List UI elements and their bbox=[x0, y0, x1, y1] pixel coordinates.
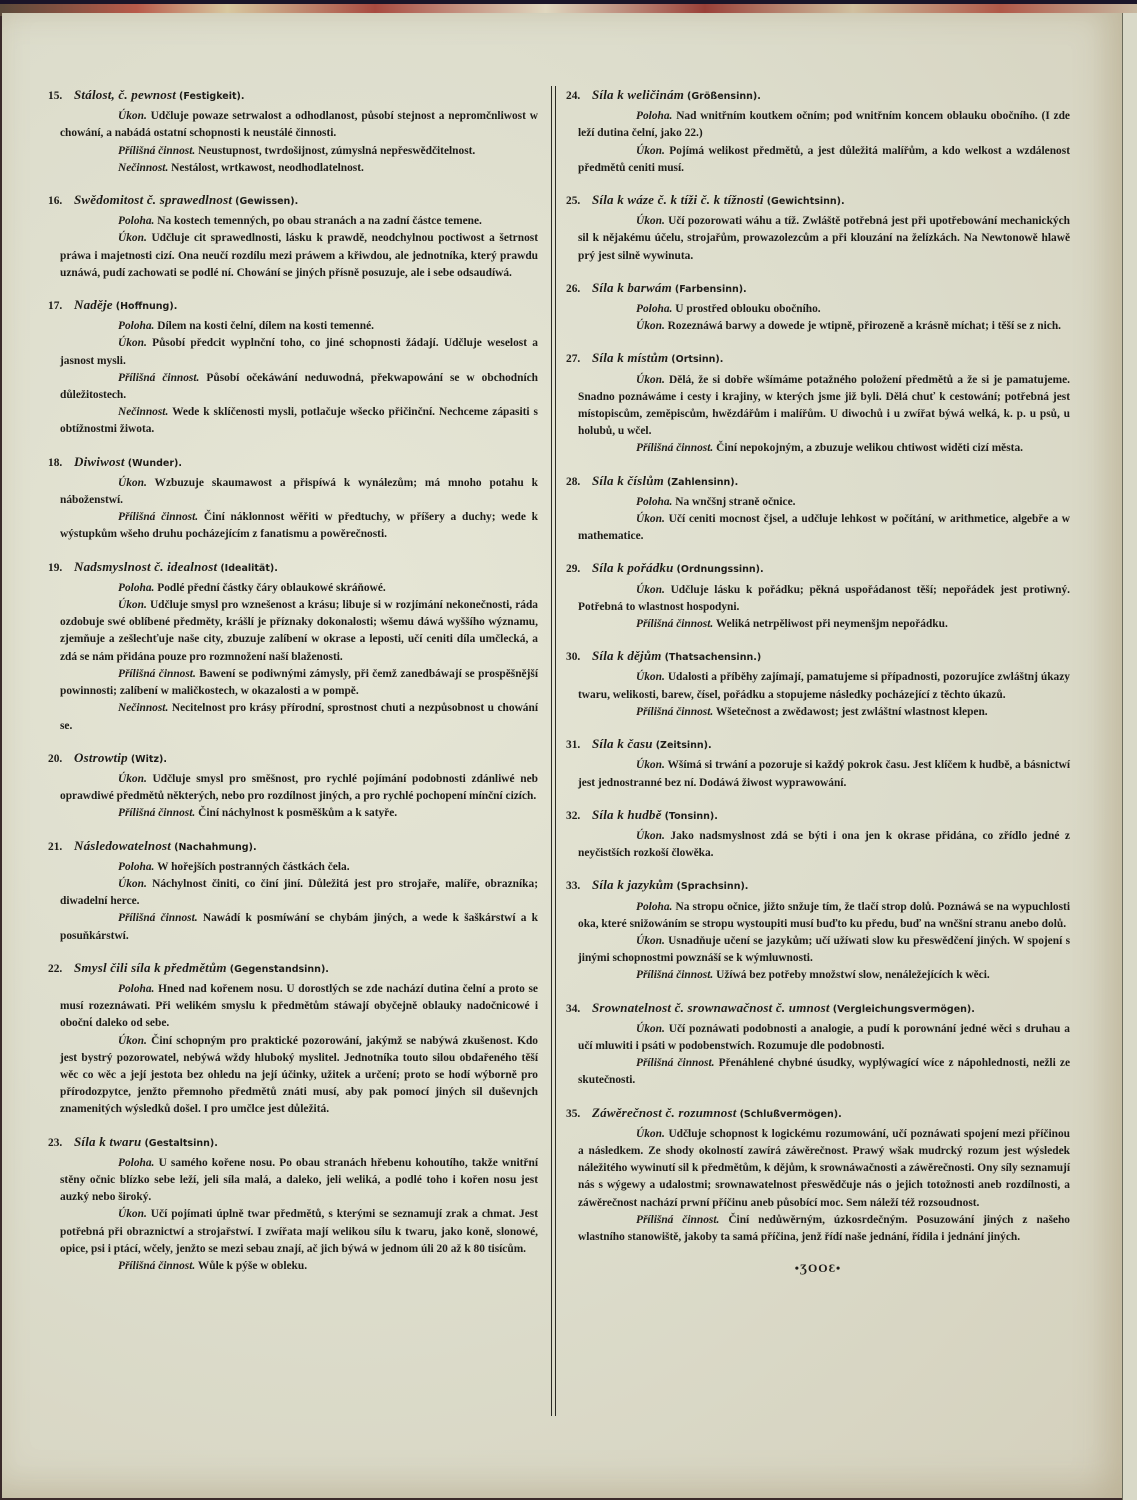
entry-heading: 20.Ostrowtip(Witz). bbox=[48, 749, 538, 768]
entry-number: 17. bbox=[48, 298, 74, 315]
entry-paragraph: Poloha. Dílem na kosti čelní, dílem na k… bbox=[48, 318, 538, 335]
paragraph-label: Přílišná činnost. bbox=[118, 1260, 195, 1272]
paragraph-text: W hořejších postranných částkách čela. bbox=[157, 861, 349, 873]
entry-paragraph: Úkon. Rozeznáwá barwy a dowede je wtipně… bbox=[566, 318, 1070, 335]
faculty-entry: 18.Diwiwost(Wunder). Úkon. Wzbuzuje skau… bbox=[48, 453, 538, 544]
faculty-entry: 22.Smysl čili síla k předmětům(Gegenstan… bbox=[48, 959, 538, 1119]
entry-heading: 29.Síla k pořádku(Ordnungssinn). bbox=[566, 559, 1070, 578]
paragraph-label: Nečinnost. bbox=[118, 702, 168, 714]
paragraph-label: Poloha. bbox=[118, 861, 154, 873]
entry-number: 18. bbox=[48, 455, 74, 472]
entry-german-term: (Witz). bbox=[131, 754, 167, 765]
paragraph-label: Úkon. bbox=[118, 110, 147, 122]
entry-title: Diwiwost bbox=[74, 454, 125, 469]
entry-paragraph: Přílišná činnost. Činí náklonnost wěřiti… bbox=[48, 509, 538, 543]
paragraph-label: Úkon. bbox=[118, 878, 147, 890]
paragraph-text: Nestálost, wrtkawost, neodhodlatelnost. bbox=[171, 162, 364, 174]
entry-paragraph: Přílišná činnost. Činí nedůwěrným, úzkos… bbox=[566, 1212, 1070, 1246]
entry-number: 33. bbox=[566, 878, 592, 895]
entry-title: Síla k wáze č. k tíži č. k tížnosti bbox=[592, 192, 764, 207]
entry-german-term: (Gegenstandsinn). bbox=[230, 964, 329, 975]
paragraph-label: Přílišná činnost. bbox=[118, 807, 195, 819]
faculty-entry: 23.Síla k twaru(Gestaltsinn). Poloha. U … bbox=[48, 1133, 538, 1276]
paragraph-label: Úkon. bbox=[636, 513, 665, 525]
paragraph-label: Poloha. bbox=[118, 983, 154, 995]
entry-paragraph: Nečinnost. Nestálost, wrtkawost, neodhod… bbox=[48, 160, 538, 177]
entry-heading: 24.Síla k weličinám(Größensinn). bbox=[566, 86, 1070, 105]
entry-title: Ostrowtip bbox=[74, 750, 128, 765]
entry-paragraph: Úkon. Udalosti a příběhy zajímají, pamat… bbox=[566, 669, 1070, 703]
entry-title: Síla k twaru bbox=[74, 1134, 141, 1149]
entry-title: Síla k času bbox=[592, 736, 653, 751]
paragraph-label: Přílišná činnost. bbox=[636, 706, 713, 718]
entry-number: 21. bbox=[48, 839, 74, 856]
entry-paragraph: Přílišná činnost. Wůle k pýše w obleku. bbox=[48, 1258, 538, 1275]
entry-title: Síla k jazykům bbox=[592, 877, 674, 892]
entry-number: 31. bbox=[566, 737, 592, 754]
entry-paragraph: Poloha. Hned nad kořenem nosu. U dorostl… bbox=[48, 981, 538, 1033]
faculty-entry: 27.Síla k místům(Ortsinn). Úkon. Dělá, ž… bbox=[566, 349, 1070, 457]
paragraph-label: Úkon. bbox=[636, 374, 665, 386]
paragraph-label: Přílišná činnost. bbox=[636, 618, 713, 630]
faculty-entry: 15.Stálost, č. pewnost(Festigkeit). Úkon… bbox=[48, 86, 538, 177]
entry-number: 15. bbox=[48, 88, 74, 105]
paragraph-label: Přílišná činnost. bbox=[118, 668, 196, 680]
paragraph-label: Úkon. bbox=[636, 584, 665, 596]
entry-title: Stálost, č. pewnost bbox=[74, 87, 176, 102]
column-divider bbox=[551, 86, 556, 1416]
entry-paragraph: Úkon. Udčluje cit sprawedlnosti, lásku k… bbox=[48, 230, 538, 282]
paragraph-label: Přílišná činnost. bbox=[636, 442, 713, 454]
entry-paragraph: Přílišná činnost. Wšetečnost a zwědawost… bbox=[566, 704, 1070, 721]
paragraph-label: Poloha. bbox=[636, 110, 672, 122]
entry-paragraph: Nečinnost. Wede k sklíčenosti mysli, pot… bbox=[48, 404, 538, 438]
entry-paragraph: Úkon. Dělá, že si dobře wšímáme potažnéh… bbox=[566, 372, 1070, 441]
entry-title: Síla k místům bbox=[592, 350, 668, 365]
entry-german-term: (Gewichtsinn). bbox=[767, 196, 845, 207]
paragraph-label: Přílišná činnost. bbox=[636, 1214, 719, 1226]
entry-number: 23. bbox=[48, 1135, 74, 1152]
paragraph-text: Wšetečnost a zwědawost; jest zwláštní wl… bbox=[716, 706, 988, 718]
entry-german-term: (Schlußvermögen). bbox=[740, 1109, 842, 1120]
paragraph-label: Poloha. bbox=[118, 582, 154, 594]
entry-paragraph: Přílišná činnost. Neustupnost, twrdošijn… bbox=[48, 143, 538, 160]
entry-heading: 17.Naděje(Hoffnung). bbox=[48, 296, 538, 315]
paragraph-label: Úkon. bbox=[636, 145, 665, 157]
entry-heading: 26.Síla k barwám(Farbensinn). bbox=[566, 279, 1070, 298]
paragraph-label: Poloha. bbox=[118, 1157, 154, 1169]
paragraph-label: Úkon. bbox=[636, 1023, 665, 1035]
entry-title: Následowatelnost bbox=[74, 838, 171, 853]
paragraph-text: Wůle k pýše w obleku. bbox=[198, 1260, 307, 1272]
paragraph-label: Poloha. bbox=[636, 303, 672, 315]
entry-german-term: (Tonsinn). bbox=[665, 811, 718, 822]
entry-title: Smysl čili síla k předmětům bbox=[74, 960, 227, 975]
entry-german-term: (Nachahmung). bbox=[174, 842, 256, 853]
entry-paragraph: Úkon. Působí předcit wyplnční toho, co j… bbox=[48, 335, 538, 369]
paragraph-label: Poloha. bbox=[636, 901, 672, 913]
entry-number: 26. bbox=[566, 281, 592, 298]
faculty-entry: 19.Nadsmyslnost č. idealnost(Idealität).… bbox=[48, 558, 538, 735]
entry-paragraph: Úkon. Učí poznáwati podobnosti a analogi… bbox=[566, 1021, 1070, 1055]
entry-german-term: (Thatsachensinn.) bbox=[665, 652, 762, 663]
paragraph-label: Přílišná činnost. bbox=[636, 1057, 715, 1069]
entry-heading: 30.Síla k dějům(Thatsachensinn.) bbox=[566, 647, 1070, 666]
entry-heading: 32.Síla k hudbě(Tonsinn). bbox=[566, 806, 1070, 825]
entry-title: Síla k pořádku bbox=[592, 560, 674, 575]
entry-paragraph: Poloha. Podlé přední částky čáry oblauko… bbox=[48, 580, 538, 597]
entry-german-term: (Gestaltsinn). bbox=[144, 1138, 217, 1149]
faculty-entry: 26.Síla k barwám(Farbensinn). Poloha. U … bbox=[566, 279, 1070, 336]
faculty-entry: 17.Naděje(Hoffnung). Poloha. Dílem na ko… bbox=[48, 296, 538, 439]
paragraph-label: Úkon. bbox=[636, 830, 665, 842]
entry-german-term: (Sprachsinn). bbox=[677, 881, 749, 892]
paragraph-text: Na wnčšnj straně očnice. bbox=[675, 496, 795, 508]
entry-paragraph: Přílišná činnost. Weliká netrpěliwost př… bbox=[566, 616, 1070, 633]
faculty-entry: 16.Swědomitost č. sprawedlnost(Gewissen)… bbox=[48, 191, 538, 282]
entry-title: Síla k weličinám bbox=[592, 87, 684, 102]
entry-paragraph: Poloha. Nad wnitřním koutkem očním; pod … bbox=[566, 108, 1070, 142]
entry-title: Síla k barwám bbox=[592, 280, 672, 295]
entry-paragraph: Úkon. Udčluje powaze setrwalost a odhodl… bbox=[48, 108, 538, 142]
paragraph-label: Úkon. bbox=[636, 320, 665, 332]
paragraph-label: Poloha. bbox=[636, 496, 672, 508]
entry-paragraph: Přílišná činnost. Užíwá bez potřeby množ… bbox=[566, 967, 1070, 984]
entry-german-term: (Gewissen). bbox=[235, 196, 298, 207]
entry-german-term: (Ortsinn). bbox=[671, 354, 723, 365]
paragraph-label: Přílišná činnost. bbox=[636, 969, 713, 981]
paragraph-label: Úkon. bbox=[118, 337, 147, 349]
entry-paragraph: Úkon. Učí ceniti mocnost čjsel, a udčluj… bbox=[566, 511, 1070, 545]
entry-german-term: (Hoffnung). bbox=[116, 301, 178, 312]
entry-german-term: (Idealität). bbox=[220, 563, 278, 574]
entry-german-term: (Zeitsinn). bbox=[656, 740, 712, 751]
faculty-entry: 20.Ostrowtip(Witz). Úkon. Udčluje smysl … bbox=[48, 749, 538, 823]
entry-paragraph: Úkon. Wzbuzuje skaumawost a přispíwá k w… bbox=[48, 475, 538, 509]
entry-heading: 19.Nadsmyslnost č. idealnost(Idealität). bbox=[48, 558, 538, 577]
paragraph-label: Úkon. bbox=[118, 1035, 147, 1047]
end-ornament: •ƷOOƐ• bbox=[566, 1260, 1070, 1277]
entry-heading: 16.Swědomitost č. sprawedlnost(Gewissen)… bbox=[48, 191, 538, 210]
entry-paragraph: Úkon. Udčluje lásku k pořádku; pěkná usp… bbox=[566, 582, 1070, 616]
entry-number: 32. bbox=[566, 808, 592, 825]
entry-title: Srownatelnost č. srownawačnost č. umnost bbox=[592, 1000, 830, 1015]
faculty-entry: 34.Srownatelnost č. srownawačnost č. umn… bbox=[566, 999, 1070, 1090]
entry-german-term: (Wunder). bbox=[128, 458, 182, 469]
entry-heading: 27.Síla k místům(Ortsinn). bbox=[566, 349, 1070, 368]
entry-number: 27. bbox=[566, 351, 592, 368]
paragraph-label: Úkon. bbox=[636, 671, 665, 683]
entry-paragraph: Přílišná činnost. Působí očekáwání neduw… bbox=[48, 370, 538, 404]
paragraph-label: Nečinnost. bbox=[118, 162, 168, 174]
entry-number: 24. bbox=[566, 88, 592, 105]
entry-heading: 25.Síla k wáze č. k tíži č. k tížnosti(G… bbox=[566, 191, 1070, 210]
paragraph-label: Úkon. bbox=[118, 477, 147, 489]
entry-paragraph: Přílišná činnost. Přenáhlené chybné úsud… bbox=[566, 1055, 1070, 1089]
left-column: 15.Stálost, č. pewnost(Festigkeit). Úkon… bbox=[48, 86, 538, 1289]
paragraph-label: Úkon. bbox=[636, 935, 665, 947]
entry-heading: 23.Síla k twaru(Gestaltsinn). bbox=[48, 1133, 538, 1152]
paragraph-label: Úkon. bbox=[118, 599, 147, 611]
paragraph-text: Činí nepokojným, a zbuzuje welikou chtiw… bbox=[716, 442, 1023, 454]
paragraph-text: Neustupnost, twrdošijnost, zúmyslná nepř… bbox=[198, 145, 475, 157]
entry-paragraph: Poloha. Na kostech temenných, po obau st… bbox=[48, 213, 538, 230]
entry-heading: 15.Stálost, č. pewnost(Festigkeit). bbox=[48, 86, 538, 105]
paragraph-text: U prostřed oblouku obočního. bbox=[675, 303, 820, 315]
entry-paragraph: Poloha. W hořejších postranných částkách… bbox=[48, 859, 538, 876]
entry-paragraph: Úkon. Pojímá welikost předmětů, a jest d… bbox=[566, 143, 1070, 177]
paragraph-label: Úkon. bbox=[636, 215, 665, 227]
entry-heading: 34.Srownatelnost č. srownawačnost č. umn… bbox=[566, 999, 1070, 1018]
entry-german-term: (Größensinn). bbox=[687, 91, 761, 102]
faculty-entry: 31.Síla k času(Zeitsinn). Úkon. Wšímá si… bbox=[566, 735, 1070, 792]
faculty-entry: 33.Síla k jazykům(Sprachsinn). Poloha. N… bbox=[566, 876, 1070, 984]
entry-title: Nadsmyslnost č. idealnost bbox=[74, 559, 217, 574]
entry-heading: 35.Záwěrečnost č. rozumnost(Schlußvermög… bbox=[566, 1104, 1070, 1123]
entry-paragraph: Úkon. Udčluje schopnost k logickému rozu… bbox=[566, 1126, 1070, 1212]
paragraph-text: Na kostech temenných, po obau stranách a… bbox=[157, 215, 482, 227]
entry-heading: 18.Diwiwost(Wunder). bbox=[48, 453, 538, 472]
entry-paragraph: Úkon. Usnadňuje učení se jazykům; učí už… bbox=[566, 933, 1070, 967]
entry-title: Síla k dějům bbox=[592, 648, 662, 663]
paragraph-label: Přílišná činnost. bbox=[118, 372, 199, 384]
faculty-entry: 24.Síla k weličinám(Größensinn). Poloha.… bbox=[566, 86, 1070, 177]
entry-number: 28. bbox=[566, 474, 592, 491]
entry-paragraph: Poloha. U samého kořene nosu. Po obau st… bbox=[48, 1155, 538, 1207]
entry-title: Záwěrečnost č. rozumnost bbox=[592, 1105, 737, 1120]
page-edge bbox=[1122, 13, 1137, 1500]
entry-title: Síla k číslům bbox=[592, 473, 664, 488]
entry-number: 19. bbox=[48, 560, 74, 577]
entry-heading: 33.Síla k jazykům(Sprachsinn). bbox=[566, 876, 1070, 895]
entry-heading: 21.Následowatelnost(Nachahmung). bbox=[48, 837, 538, 856]
paragraph-label: Poloha. bbox=[118, 320, 154, 332]
paragraph-text: Weliká netrpěliwost při neymenšjm nepořá… bbox=[716, 618, 948, 630]
paragraph-label: Nečinnost. bbox=[118, 406, 168, 418]
paragraph-label: Přílišná činnost. bbox=[118, 145, 195, 157]
entry-heading: 28.Síla k číslům(Zahlensinn). bbox=[566, 472, 1070, 491]
entry-title: Swědomitost č. sprawedlnost bbox=[74, 192, 232, 207]
paragraph-label: Poloha. bbox=[118, 215, 154, 227]
faculty-entry: 21.Následowatelnost(Nachahmung). Poloha.… bbox=[48, 837, 538, 945]
entry-german-term: (Zahlensinn). bbox=[667, 477, 738, 488]
entry-german-term: (Festigkeit). bbox=[179, 91, 244, 102]
entry-number: 29. bbox=[566, 561, 592, 578]
entry-paragraph: Přílišná činnost. Bawení se podiwnými zá… bbox=[48, 666, 538, 700]
entry-paragraph: Poloha. Na stropu očnice, jižto snžuje t… bbox=[566, 899, 1070, 933]
paragraph-text: Činí náchylnost k posměškům a k satyře. bbox=[198, 807, 397, 819]
faculty-entry: 29.Síla k pořádku(Ordnungssinn). Úkon. U… bbox=[566, 559, 1070, 633]
paragraph-label: Přílišná činnost. bbox=[118, 511, 198, 523]
entry-paragraph: Úkon. Náchylnost činiti, co činí jiní. D… bbox=[48, 876, 538, 910]
entry-paragraph: Úkon. Wšímá si trwání a pozoruje si každ… bbox=[566, 757, 1070, 791]
faculty-entry: 25.Síla k wáze č. k tíži č. k tížnosti(G… bbox=[566, 191, 1070, 265]
entry-german-term: (Farbensinn). bbox=[675, 284, 747, 295]
paragraph-label: Úkon. bbox=[118, 232, 147, 244]
entry-german-term: (Ordnungssinn). bbox=[677, 564, 764, 575]
faculty-entry: 30.Síla k dějům(Thatsachensinn.) Úkon. U… bbox=[566, 647, 1070, 721]
entry-number: 35. bbox=[566, 1106, 592, 1123]
paragraph-label: Úkon. bbox=[636, 1128, 665, 1140]
entry-paragraph: Úkon. Učí pojímati úplně twar předmětů, … bbox=[48, 1206, 538, 1258]
entry-paragraph: Poloha. Na wnčšnj straně očnice. bbox=[566, 494, 1070, 511]
entry-paragraph: Nečinnost. Necitelnost pro krásy přírodn… bbox=[48, 700, 538, 734]
entry-number: 16. bbox=[48, 193, 74, 210]
entry-title: Síla k hudbě bbox=[592, 807, 662, 822]
faculty-entry: 32.Síla k hudbě(Tonsinn). Úkon. Jako nad… bbox=[566, 806, 1070, 863]
entry-paragraph: Poloha. U prostřed oblouku obočního. bbox=[566, 301, 1070, 318]
entry-number: 34. bbox=[566, 1001, 592, 1018]
entry-paragraph: Přílišná činnost. Nawádí k posmíwání se … bbox=[48, 910, 538, 944]
paragraph-text: Užíwá bez potřeby množstwí slow, nenálež… bbox=[716, 969, 990, 981]
entry-paragraph: Přílišná činnost. Činí nepokojným, a zbu… bbox=[566, 440, 1070, 457]
entry-paragraph: Úkon. Udčluje smysl pro směšnost, pro ry… bbox=[48, 771, 538, 805]
paragraph-text: Rozeznáwá barwy a dowede je wtipně, přir… bbox=[668, 320, 1061, 332]
entry-paragraph: Přílišná činnost. Činí náchylnost k posm… bbox=[48, 805, 538, 822]
entry-paragraph: Úkon. Učí pozorowati wáhu a tíž. Zwláště… bbox=[566, 213, 1070, 265]
entry-number: 20. bbox=[48, 751, 74, 768]
paragraph-label: Přílišná činnost. bbox=[118, 912, 198, 924]
entry-heading: 22.Smysl čili síla k předmětům(Gegenstan… bbox=[48, 959, 538, 978]
paragraph-text: Podlé přední částky čáry oblaukowé skráň… bbox=[157, 582, 385, 594]
entry-paragraph: Úkon. Udčluje smysl pro wznešenost a krá… bbox=[48, 597, 538, 666]
entry-number: 30. bbox=[566, 649, 592, 666]
paragraph-text: Dílem na kosti čelní, dílem na kosti tem… bbox=[157, 320, 374, 332]
entry-number: 22. bbox=[48, 961, 74, 978]
paragraph-label: Úkon. bbox=[636, 759, 665, 771]
entry-heading: 31.Síla k času(Zeitsinn). bbox=[566, 735, 1070, 754]
entry-number: 25. bbox=[566, 193, 592, 210]
entry-paragraph: Úkon. Jako nadsmyslnost zdá se býti i on… bbox=[566, 828, 1070, 862]
entry-german-term: (Vergleichungsvermögen). bbox=[833, 1004, 975, 1015]
entry-paragraph: Úkon. Činí schopným pro praktické pozoro… bbox=[48, 1033, 538, 1119]
paragraph-label: Úkon. bbox=[118, 773, 147, 785]
entry-title: Naděje bbox=[74, 297, 113, 312]
faculty-entry: 28.Síla k číslům(Zahlensinn). Poloha. Na… bbox=[566, 472, 1070, 546]
paragraph-label: Úkon. bbox=[118, 1208, 147, 1220]
right-column: 24.Síla k weličinám(Größensinn). Poloha.… bbox=[566, 86, 1070, 1277]
faculty-entry: 35.Záwěrečnost č. rozumnost(Schlußvermög… bbox=[566, 1104, 1070, 1247]
